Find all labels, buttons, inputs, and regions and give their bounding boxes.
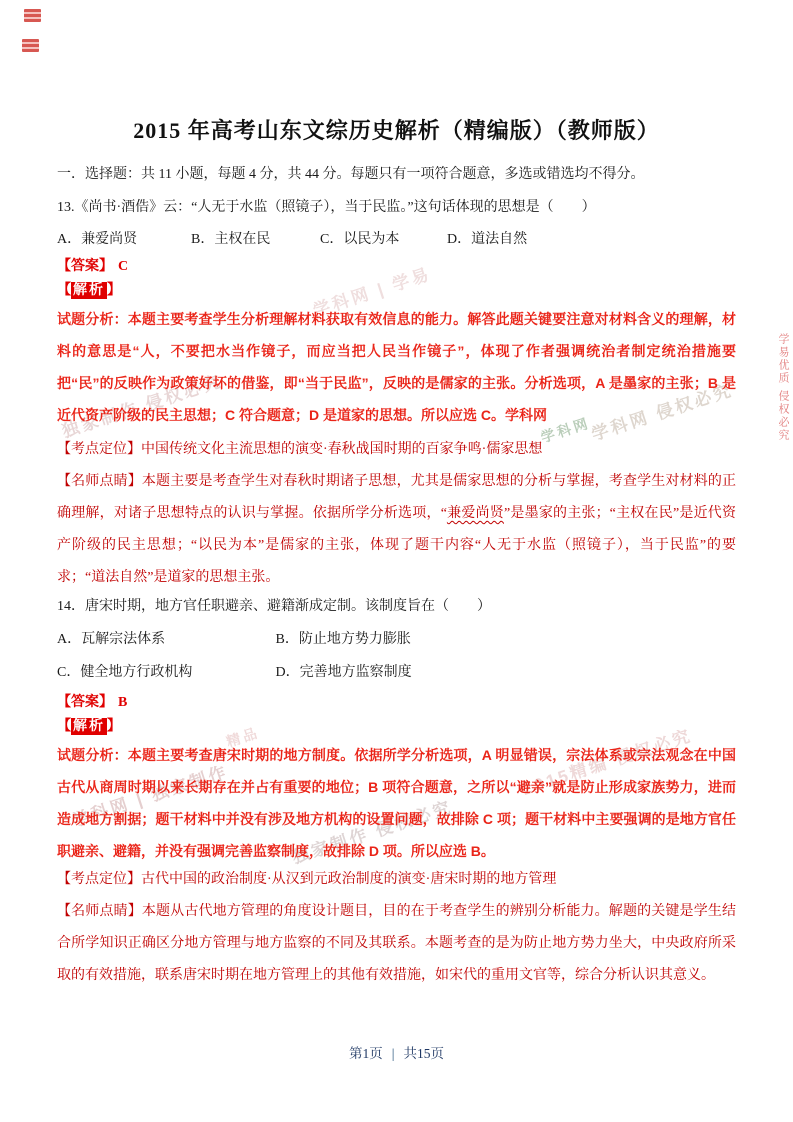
q13-exam-point: 【考点定位】中国传统文化主流思想的演变·春秋战国时期的百家争鸣·儒家思想 xyxy=(57,441,736,459)
answer-label: 【答案】 xyxy=(57,695,113,710)
note-text-wavy-underline: 兼爱尚贤 xyxy=(447,506,504,521)
q13-jiexi-line: 【解析】 xyxy=(57,282,736,300)
bracket-right: 】 xyxy=(107,719,121,734)
q13-teacher-note: 【名师点睛】本题主要是考查学生对春秋时期诸子思想，尤其是儒家思想的分析与掌握，考… xyxy=(57,466,736,594)
option-a: A．兼爱尚贤 xyxy=(57,231,191,249)
option-c: C．以民为本 xyxy=(320,231,447,249)
section-instructions: 一．选择题：共 11 小题，每题 4 分，共 44 分。每题只有一项符合题意，多… xyxy=(57,166,736,184)
option-d: D．完善地方监察制度 xyxy=(276,665,412,680)
option-a: A．瓦解宗法体系 xyxy=(57,631,272,649)
jiexi-label: 解析 xyxy=(71,718,107,735)
bracket-left: 【 xyxy=(57,283,71,298)
exam-document-page: 学科网 | 学易 独家制作 侵权必究 学科网 侵权必究 学科网 学科网 | 独家… xyxy=(0,0,793,1122)
q14-analysis-paragraph: 试题分析：本题主要考查唐宋时期的地方制度。依据所学分析选项，A 明显错误，宗法体… xyxy=(57,739,736,867)
option-c: C．健全地方行政机构 xyxy=(57,664,272,682)
question-14-text: 14．唐宋时期，地方官任职避亲、避籍渐成定制。该制度旨在（ ） xyxy=(57,598,736,616)
answer-label: 【答案】 xyxy=(57,259,113,274)
option-b: B．防止地方势力膨胀 xyxy=(276,632,411,647)
question-13-text: 13.《尚书·酒俈》云：“人无于水监（照镜子），当于民监。”这句话体现的思想是（… xyxy=(57,199,736,217)
footer-separator: | xyxy=(392,1046,395,1061)
answer-value: C xyxy=(118,259,128,274)
q13-answer-line: 【答案】C xyxy=(57,258,736,276)
question-14-options-row2: C．健全地方行政机构 D．完善地方监察制度 xyxy=(57,664,736,682)
q14-answer-line: 【答案】B xyxy=(57,694,736,712)
red-stamp-icon xyxy=(22,39,39,52)
bracket-left: 【 xyxy=(57,719,71,734)
document-title: 2015 年高考山东文综历史解析（精编版）（教师版） xyxy=(0,114,793,145)
q13-analysis-paragraph: 试题分析：本题主要考查学生分析理解材料获取有效信息的能力。解答此题关键要注意对材… xyxy=(57,303,736,431)
jiexi-label: 解析 xyxy=(71,282,107,299)
q14-teacher-note: 【名师点睛】本题从古代地方管理的角度设计题目，目的在于考查学生的辨别分析能力。解… xyxy=(57,896,736,992)
q14-exam-point: 【考点定位】古代中国的政治制度·从汉到元政治制度的演变·唐宋时期的地方管理 xyxy=(57,871,736,889)
q14-jiexi-line: 【解析】 xyxy=(57,718,736,736)
bracket-right: 】 xyxy=(107,283,121,298)
question-14-options-row1: A．瓦解宗法体系 B．防止地方势力膨胀 xyxy=(57,631,736,649)
footer-total-pages: 共15页 xyxy=(403,1046,444,1061)
page-footer: 第1页|共15页 xyxy=(0,1042,793,1062)
question-13-options: A．兼爱尚贤 B．主权在民 C．以民为本 D．道法自然 xyxy=(57,231,736,249)
option-b: B．主权在民 xyxy=(191,231,320,249)
red-stamp-icon xyxy=(24,9,41,22)
watermark-vertical-text: 学易优质 侵权必究 xyxy=(775,333,791,442)
option-d: D．道法自然 xyxy=(447,231,527,249)
footer-current-page: 第1页 xyxy=(349,1046,383,1061)
answer-value: B xyxy=(118,695,127,710)
